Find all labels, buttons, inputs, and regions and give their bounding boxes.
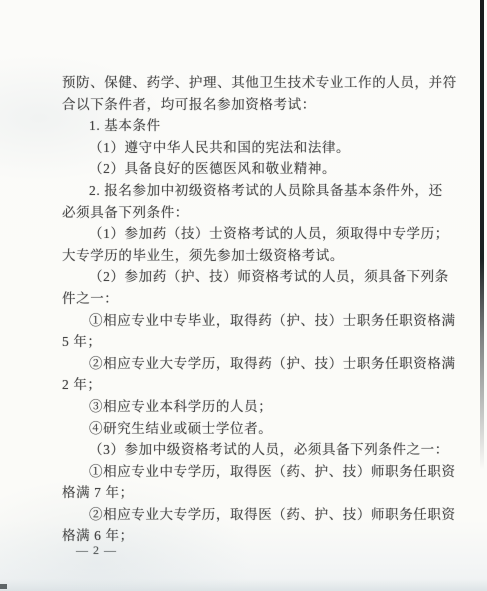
- text-line: 格满 6 年；: [62, 525, 447, 547]
- scanned-document-page: 预防、保健、药学、护理、其他卫生技术专业工作的人员，并符合以下条件者，均可报名参…: [0, 0, 487, 591]
- document-text: 预防、保健、药学、护理、其他卫生技术专业工作的人员，并符合以下条件者，均可报名参…: [62, 72, 447, 547]
- text-line: 5 年；: [62, 331, 447, 353]
- text-line: ①相应专业中专毕业，取得药（护、技）士职务任职资格满: [62, 310, 447, 332]
- text-line: 格满 7 年；: [62, 482, 447, 504]
- text-line: ③相应专业本科学历的人员；: [62, 396, 447, 418]
- text-line: ②相应专业大专学历，取得医（药、护、技）师职务任职资: [62, 504, 447, 526]
- text-line: ④研究生结业或硕士学位者。: [62, 418, 447, 440]
- text-line: （2）具备良好的医德医风和敬业精神。: [62, 158, 447, 180]
- text-line: ①相应专业中专学历，取得医（药、护、技）师职务任职资: [62, 461, 447, 483]
- text-line: （2）参加药（护、技）师资格考试的人员，须具备下列条: [62, 266, 447, 288]
- text-line: 大专学历的毕业生，须先参加士级资格考试。: [62, 245, 447, 267]
- scan-edge-right: [480, 0, 484, 470]
- page-number: — 2 —: [76, 543, 117, 558]
- text-line: （1）遵守中华人民共和国的宪法和法律。: [62, 137, 447, 159]
- text-line: 2 年；: [62, 374, 447, 396]
- text-line: 合以下条件者，均可报名参加资格考试：: [62, 94, 447, 116]
- text-line: 件之一：: [62, 288, 447, 310]
- text-line: 预防、保健、药学、护理、其他卫生技术专业工作的人员，并符: [62, 72, 447, 94]
- text-line: （3）参加中级资格考试的人员，必须具备下列条件之一：: [62, 439, 447, 461]
- text-line: （1）参加药（技）士资格考试的人员，须取得中专学历；: [62, 223, 447, 245]
- text-line: 2. 报名参加中初级资格考试的人员除具备基本条件外，还: [62, 180, 447, 202]
- text-line: ②相应专业大专学历，取得药（护、技）士职务任职资格满: [62, 353, 447, 375]
- text-line: 1. 基本条件: [62, 115, 447, 137]
- text-line: 必须具备下列条件：: [62, 202, 447, 224]
- scan-corner-mark: [0, 584, 7, 589]
- scan-edge-bottom: [0, 579, 487, 591]
